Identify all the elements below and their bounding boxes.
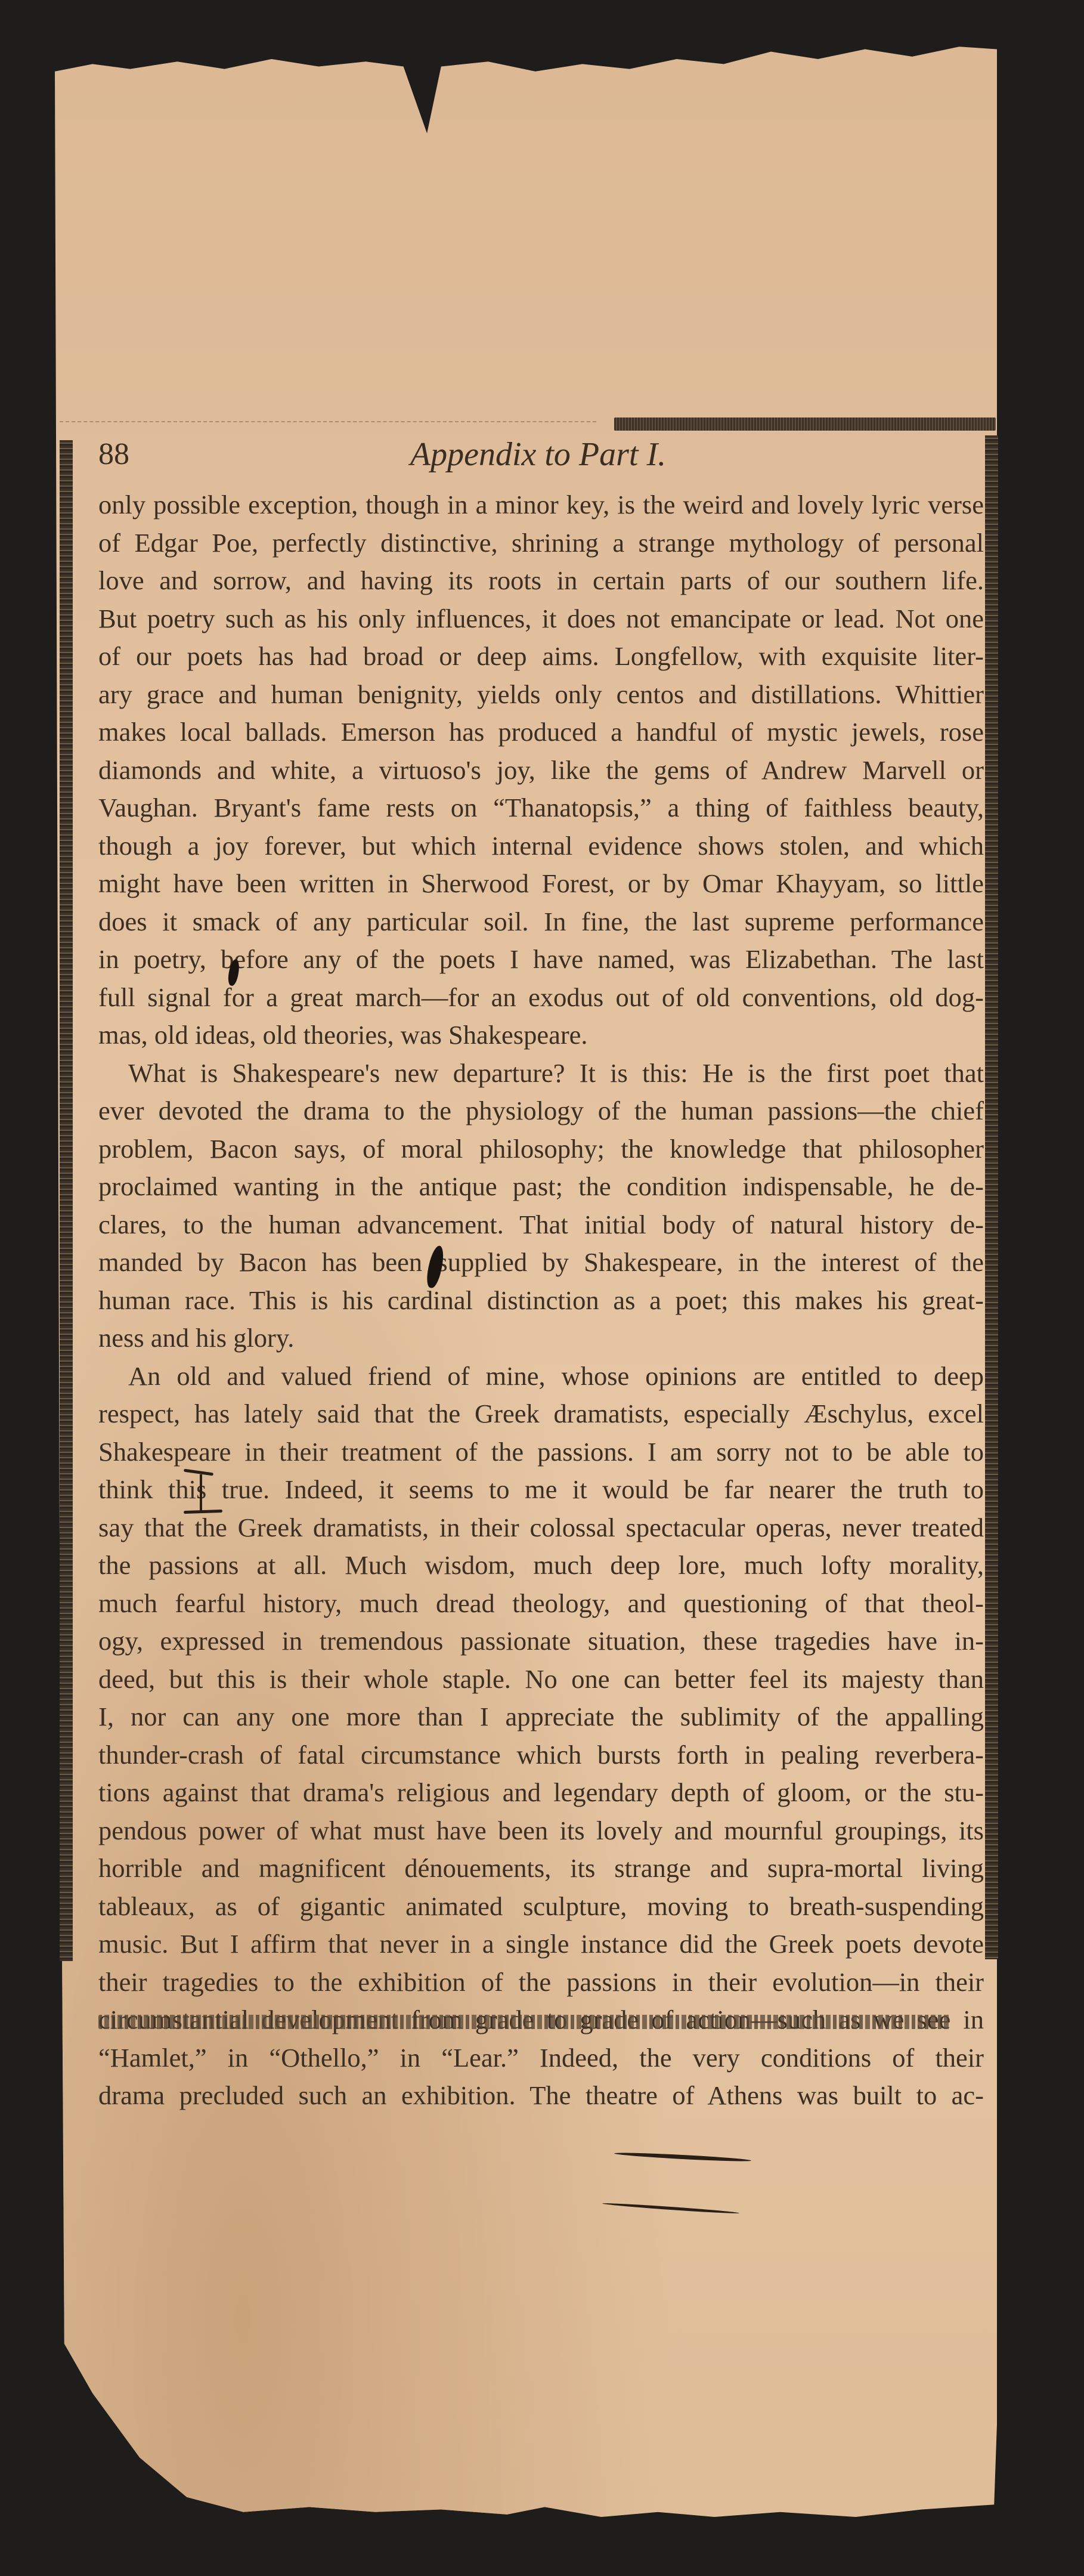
left-border-bar — [60, 440, 73, 1961]
bottom-border-rule — [98, 2015, 951, 2029]
text-line: diamonds and white, a virtuoso's joy, li… — [98, 752, 984, 790]
text-line: does it smack of any particular soil. In… — [98, 903, 984, 941]
text-line: Shakespeare in their treatment of the pa… — [98, 1433, 984, 1471]
text-line: only possible exception, though in a min… — [98, 486, 984, 524]
text-line: But poetry such as his only influences, … — [98, 600, 984, 638]
text-line: might have been written in Sherwood Fore… — [98, 865, 984, 903]
text-line: proclaimed wanting in the antique past; … — [98, 1168, 984, 1206]
text-line: think this true. Indeed, it seems to me … — [98, 1471, 984, 1509]
text-line: ever devoted the drama to the physiology… — [98, 1092, 984, 1130]
text-line: deed, but this is their whole staple. No… — [98, 1660, 984, 1699]
text-line: music. But I affirm that never in a sing… — [98, 1925, 984, 1963]
text-line: much fearful history, much dread theolog… — [98, 1585, 984, 1623]
pen-mark-vertical — [200, 1474, 202, 1511]
text-line: tableaux, as of gigantic animated sculpt… — [98, 1888, 984, 1926]
text-line: love and sorrow, and having its roots in… — [98, 562, 984, 600]
text-line: Vaughan. Bryant's fame rests on “Thanato… — [98, 789, 984, 827]
text-line: problem, Bacon says, of moral philosophy… — [98, 1130, 984, 1168]
text-line: drama precluded such an exhibition. The … — [98, 2077, 984, 2115]
text-line: thunder-crash of fatal circumstance whic… — [98, 1736, 984, 1774]
running-head: Appendix to Part I. — [98, 435, 978, 474]
text-line: horrible and magnificent dénouements, it… — [98, 1850, 984, 1888]
text-line: ness and his glory. — [98, 1319, 984, 1357]
ornamental-bar — [614, 418, 996, 431]
text-line: I, nor can any one more than I appreciat… — [98, 1698, 984, 1736]
text-line: human race. This is his cardinal distinc… — [98, 1282, 984, 1320]
text-line: ary grace and human benignity, yields on… — [98, 676, 984, 714]
text-line: mas, old ideas, old theories, was Shakes… — [98, 1016, 984, 1054]
page-header: 88 Appendix to Part I. — [98, 429, 978, 477]
text-line: of our poets has had broad or deep aims.… — [98, 638, 984, 676]
body-text: only possible exception, though in a min… — [98, 486, 984, 2115]
text-line: their tragedies to the exhibition of the… — [98, 1963, 984, 2002]
text-line: of Edgar Poe, perfectly distinctive, shr… — [98, 524, 984, 562]
text-line: tions against that drama's religious and… — [98, 1774, 984, 1812]
text-line: say that the Greek dramatists, in their … — [98, 1509, 984, 1547]
text-line: pendous power of what must have been its… — [98, 1812, 984, 1850]
paragraph-start: What is Shakespeare's new departure? It … — [98, 1054, 984, 1093]
text-line: clares, to the human advancement. That i… — [98, 1206, 984, 1244]
text-line: manded by Bacon has been supplied by Sha… — [98, 1244, 984, 1282]
text-line: “Hamlet,” in “Othello,” in “Lear.” Indee… — [98, 2039, 984, 2077]
paragraph-start: An old and valued friend of mine, whose … — [98, 1357, 984, 1396]
right-border-bar — [985, 435, 998, 1959]
text-line: respect, has lately said that the Greek … — [98, 1395, 984, 1433]
text-line: though a joy forever, but which internal… — [98, 827, 984, 865]
text-line: makes local ballads. Emerson has produce… — [98, 713, 984, 752]
text-line: the passions at all. Much wisdom, much d… — [98, 1547, 984, 1585]
text-line: ogy, expressed in tremendous passionate … — [98, 1622, 984, 1660]
dashed-rule — [60, 421, 596, 422]
